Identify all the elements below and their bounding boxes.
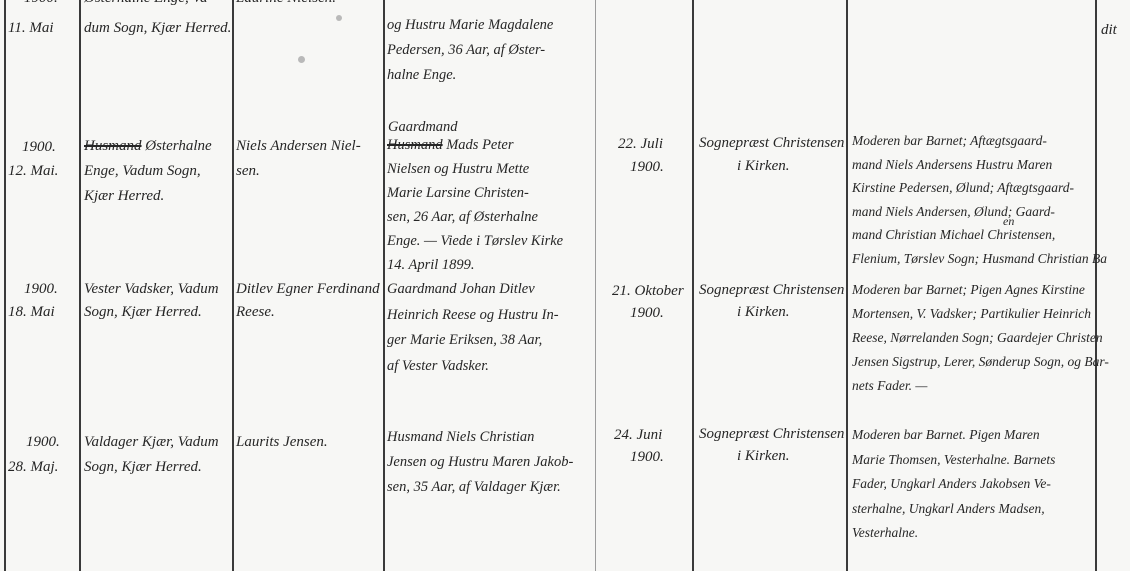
birth-year: 1900. <box>8 135 58 159</box>
baptism-date-line: 24. Juni <box>614 424 664 446</box>
parents-text: Mads Peter <box>443 137 514 153</box>
sponsors-cell: Moderen bar Barnet; Pigen Agnes Kirstine… <box>852 278 1109 398</box>
birth-date-cell: 1900. 28. Maj. <box>8 430 60 480</box>
child-name-line: Ditlev Egner Ferdinand <box>236 278 380 301</box>
sponsors-line: Mortensen, V. Vadsker; Partikulier Heinr… <box>852 302 1109 326</box>
child-name-line: Laurits Jensen. <box>236 430 328 455</box>
residence-line: Valdager Kjær, Vadum <box>84 430 219 455</box>
column-rule <box>383 0 385 571</box>
officiant-line: Sognepræst Christensen <box>699 423 844 445</box>
birth-date-cell: 1900. 12. Mai. <box>8 135 58 183</box>
margin-note: dit <box>1101 18 1117 43</box>
sponsors-line: Jensen Sigstrup, Lerer, Sønderup Sogn, o… <box>852 350 1109 374</box>
officiant-cell: Sognepræst Christensen i Kirken. <box>699 423 844 467</box>
sponsors-line: Moderen bar Barnet; Aftægtsgaard- <box>852 129 1107 153</box>
sponsors-line: Kirstine Pedersen, Ølund; Aftægtsgaard- <box>852 176 1107 200</box>
sponsors-line: Flenium, Tørslev Sogn; Husmand Christian… <box>852 247 1107 271</box>
parents-line: ger Marie Eriksen, 38 Aar, <box>387 328 559 354</box>
residence-cell: Husmand Østerhalne Enge, Vadum Sogn, Kjæ… <box>84 134 212 209</box>
parents-cell: Husmand Mads Peter Nielsen og Hustru Met… <box>387 133 563 277</box>
sponsors-line: Vesterhalne. <box>852 521 1055 546</box>
baptism-date-line: 22. Juli <box>618 133 664 156</box>
baptism-date-line: 1900. <box>618 156 664 179</box>
baptism-date-line: 1900. <box>614 446 664 468</box>
sponsors-line: Reese, Nørrelanden Sogn; Gaardejer Chris… <box>852 326 1109 350</box>
struck-word: Husmand <box>84 138 142 154</box>
child-name-cell: Niels Andersen Niel- sen. <box>236 134 361 184</box>
birth-year: 1900. <box>8 430 60 455</box>
residence-line: Kjær Herred. <box>84 184 212 209</box>
child-name-line: Laurine Nielsen. <box>236 0 336 13</box>
column-rule <box>692 0 694 571</box>
sponsors-line: nets Fader. — <box>852 374 1109 398</box>
officiant-line: i Kirken. <box>699 301 844 323</box>
child-name-line: Niels Andersen Niel- <box>236 134 361 159</box>
officiant-line: i Kirken. <box>699 155 844 178</box>
parents-line: halne Enge. <box>387 63 553 88</box>
sponsors-line: mand Niels Andersens Hustru Maren <box>852 153 1107 177</box>
officiant-line: i Kirken. <box>699 445 844 467</box>
parents-line: Marie Larsine Christen- <box>387 181 563 205</box>
officiant-cell: Sognepræst Christensen i Kirken. <box>699 132 844 178</box>
parents-line: sen, 35 Aar, af Valdager Kjær. <box>387 475 573 500</box>
residence-line: Sogn, Kjær Herred. <box>84 301 219 324</box>
residence-line: dum Sogn, Kjær Herred. <box>84 13 231 43</box>
birth-date: 12. Mai. <box>8 159 58 183</box>
sponsors-line: Moderen bar Barnet; Pigen Agnes Kirstine <box>852 278 1109 302</box>
column-rule <box>846 0 848 571</box>
birth-date: 28. Maj. <box>8 455 60 480</box>
residence-text: Østerhalne <box>142 138 212 154</box>
parents-line: Enge. — Viede i Tørslev Kirke <box>387 229 563 253</box>
register-page-scan: 1900. 11. Mai Østerhalne Enge, Va- dum S… <box>0 0 1130 571</box>
parents-line: Pedersen, 36 Aar, af Øster- <box>387 38 553 63</box>
sponsors-line: mand Christian Michael Christensen, <box>852 223 1107 247</box>
column-rule <box>595 0 596 571</box>
residence-cell: Valdager Kjær, Vadum Sogn, Kjær Herred. <box>84 430 219 480</box>
baptism-date-cell: 21. Oktober 1900. <box>612 280 684 324</box>
officiant-line: Sognepræst Christensen <box>699 132 844 155</box>
child-name-cell: Laurine Nielsen. <box>236 0 336 13</box>
sponsors-line: sterhalne, Ungkarl Anders Madsen, <box>852 497 1055 522</box>
birth-year: 1900. <box>8 0 58 13</box>
baptism-date-cell: 24. Juni 1900. <box>614 424 664 468</box>
residence-line: Vester Vadsker, Vadum <box>84 278 219 301</box>
column-rule <box>4 0 6 571</box>
child-name-cell: Ditlev Egner Ferdinand Reese. <box>236 278 380 324</box>
parents-line: Jensen og Hustru Maren Jakob- <box>387 450 573 475</box>
parents-line: Husmand Niels Christian <box>387 425 573 450</box>
parents-line: sen, 26 Aar, af Østerhalne <box>387 205 563 229</box>
residence-line: Enge, Vadum Sogn, <box>84 159 212 184</box>
sponsors-line: mand Niels Andersen, Ølund; Gaard- <box>852 200 1107 224</box>
parents-line: Heinrich Reese og Hustru In- <box>387 303 559 329</box>
residence-line: Husmand Østerhalne <box>84 134 212 159</box>
child-name-line: Reese. <box>236 301 380 324</box>
parents-cell: Husmand Niels Christian Jensen og Hustru… <box>387 425 573 500</box>
sponsors-cell: Moderen bar Barnet; Aftægtsgaard- mand N… <box>852 129 1107 270</box>
parents-line: af Vester Vadsker. <box>387 354 559 380</box>
residence-line: Sogn, Kjær Herred. <box>84 455 219 480</box>
sponsors-line: Fader, Ungkarl Anders Jakobsen Ve- <box>852 472 1055 497</box>
parents-line: og Hustru Marie Magdalene <box>387 13 553 38</box>
column-rule <box>232 0 234 571</box>
birth-date-cell: 1900. 11. Mai <box>8 0 58 43</box>
parents-cell: og Hustru Marie Magdalene Pedersen, 36 A… <box>387 13 553 88</box>
officiant-line: Sognepræst Christensen <box>699 279 844 301</box>
parents-line: Husmand Mads Peter <box>387 133 563 157</box>
baptism-date-cell: 22. Juli 1900. <box>618 133 664 179</box>
residence-cell: Østerhalne Enge, Va- dum Sogn, Kjær Herr… <box>84 0 231 43</box>
parents-cell: Gaardmand Johan Ditlev Heinrich Reese og… <box>387 277 559 379</box>
parents-line: Nielsen og Hustru Mette <box>387 157 563 181</box>
residence-cell: Vester Vadsker, Vadum Sogn, Kjær Herred. <box>84 278 219 324</box>
officiant-cell: Sognepræst Christensen i Kirken. <box>699 279 844 323</box>
baptism-date-line: 1900. <box>612 302 684 324</box>
dust-speck <box>298 56 305 63</box>
sponsors-line: Moderen bar Barnet. Pigen Maren <box>852 423 1055 448</box>
sponsors-cell: Moderen bar Barnet. Pigen Maren Marie Th… <box>852 423 1055 546</box>
struck-word: Husmand <box>387 137 443 153</box>
parents-line: 14. April 1899. <box>387 253 563 277</box>
baptism-date-line: 21. Oktober <box>612 280 684 302</box>
parents-line: Gaardmand Johan Ditlev <box>387 277 559 303</box>
column-rule <box>79 0 81 571</box>
birth-date: 18. Mai <box>8 301 58 324</box>
birth-date-cell: 1900. 18. Mai <box>8 278 58 324</box>
birth-year: 1900. <box>8 278 58 301</box>
birth-date: 11. Mai <box>8 13 58 43</box>
dust-speck <box>336 15 342 21</box>
sponsors-line: Marie Thomsen, Vesterhalne. Barnets <box>852 448 1055 473</box>
residence-line: Østerhalne Enge, Va- <box>84 0 231 13</box>
child-name-cell: Laurits Jensen. <box>236 430 328 455</box>
child-name-line: sen. <box>236 159 361 184</box>
